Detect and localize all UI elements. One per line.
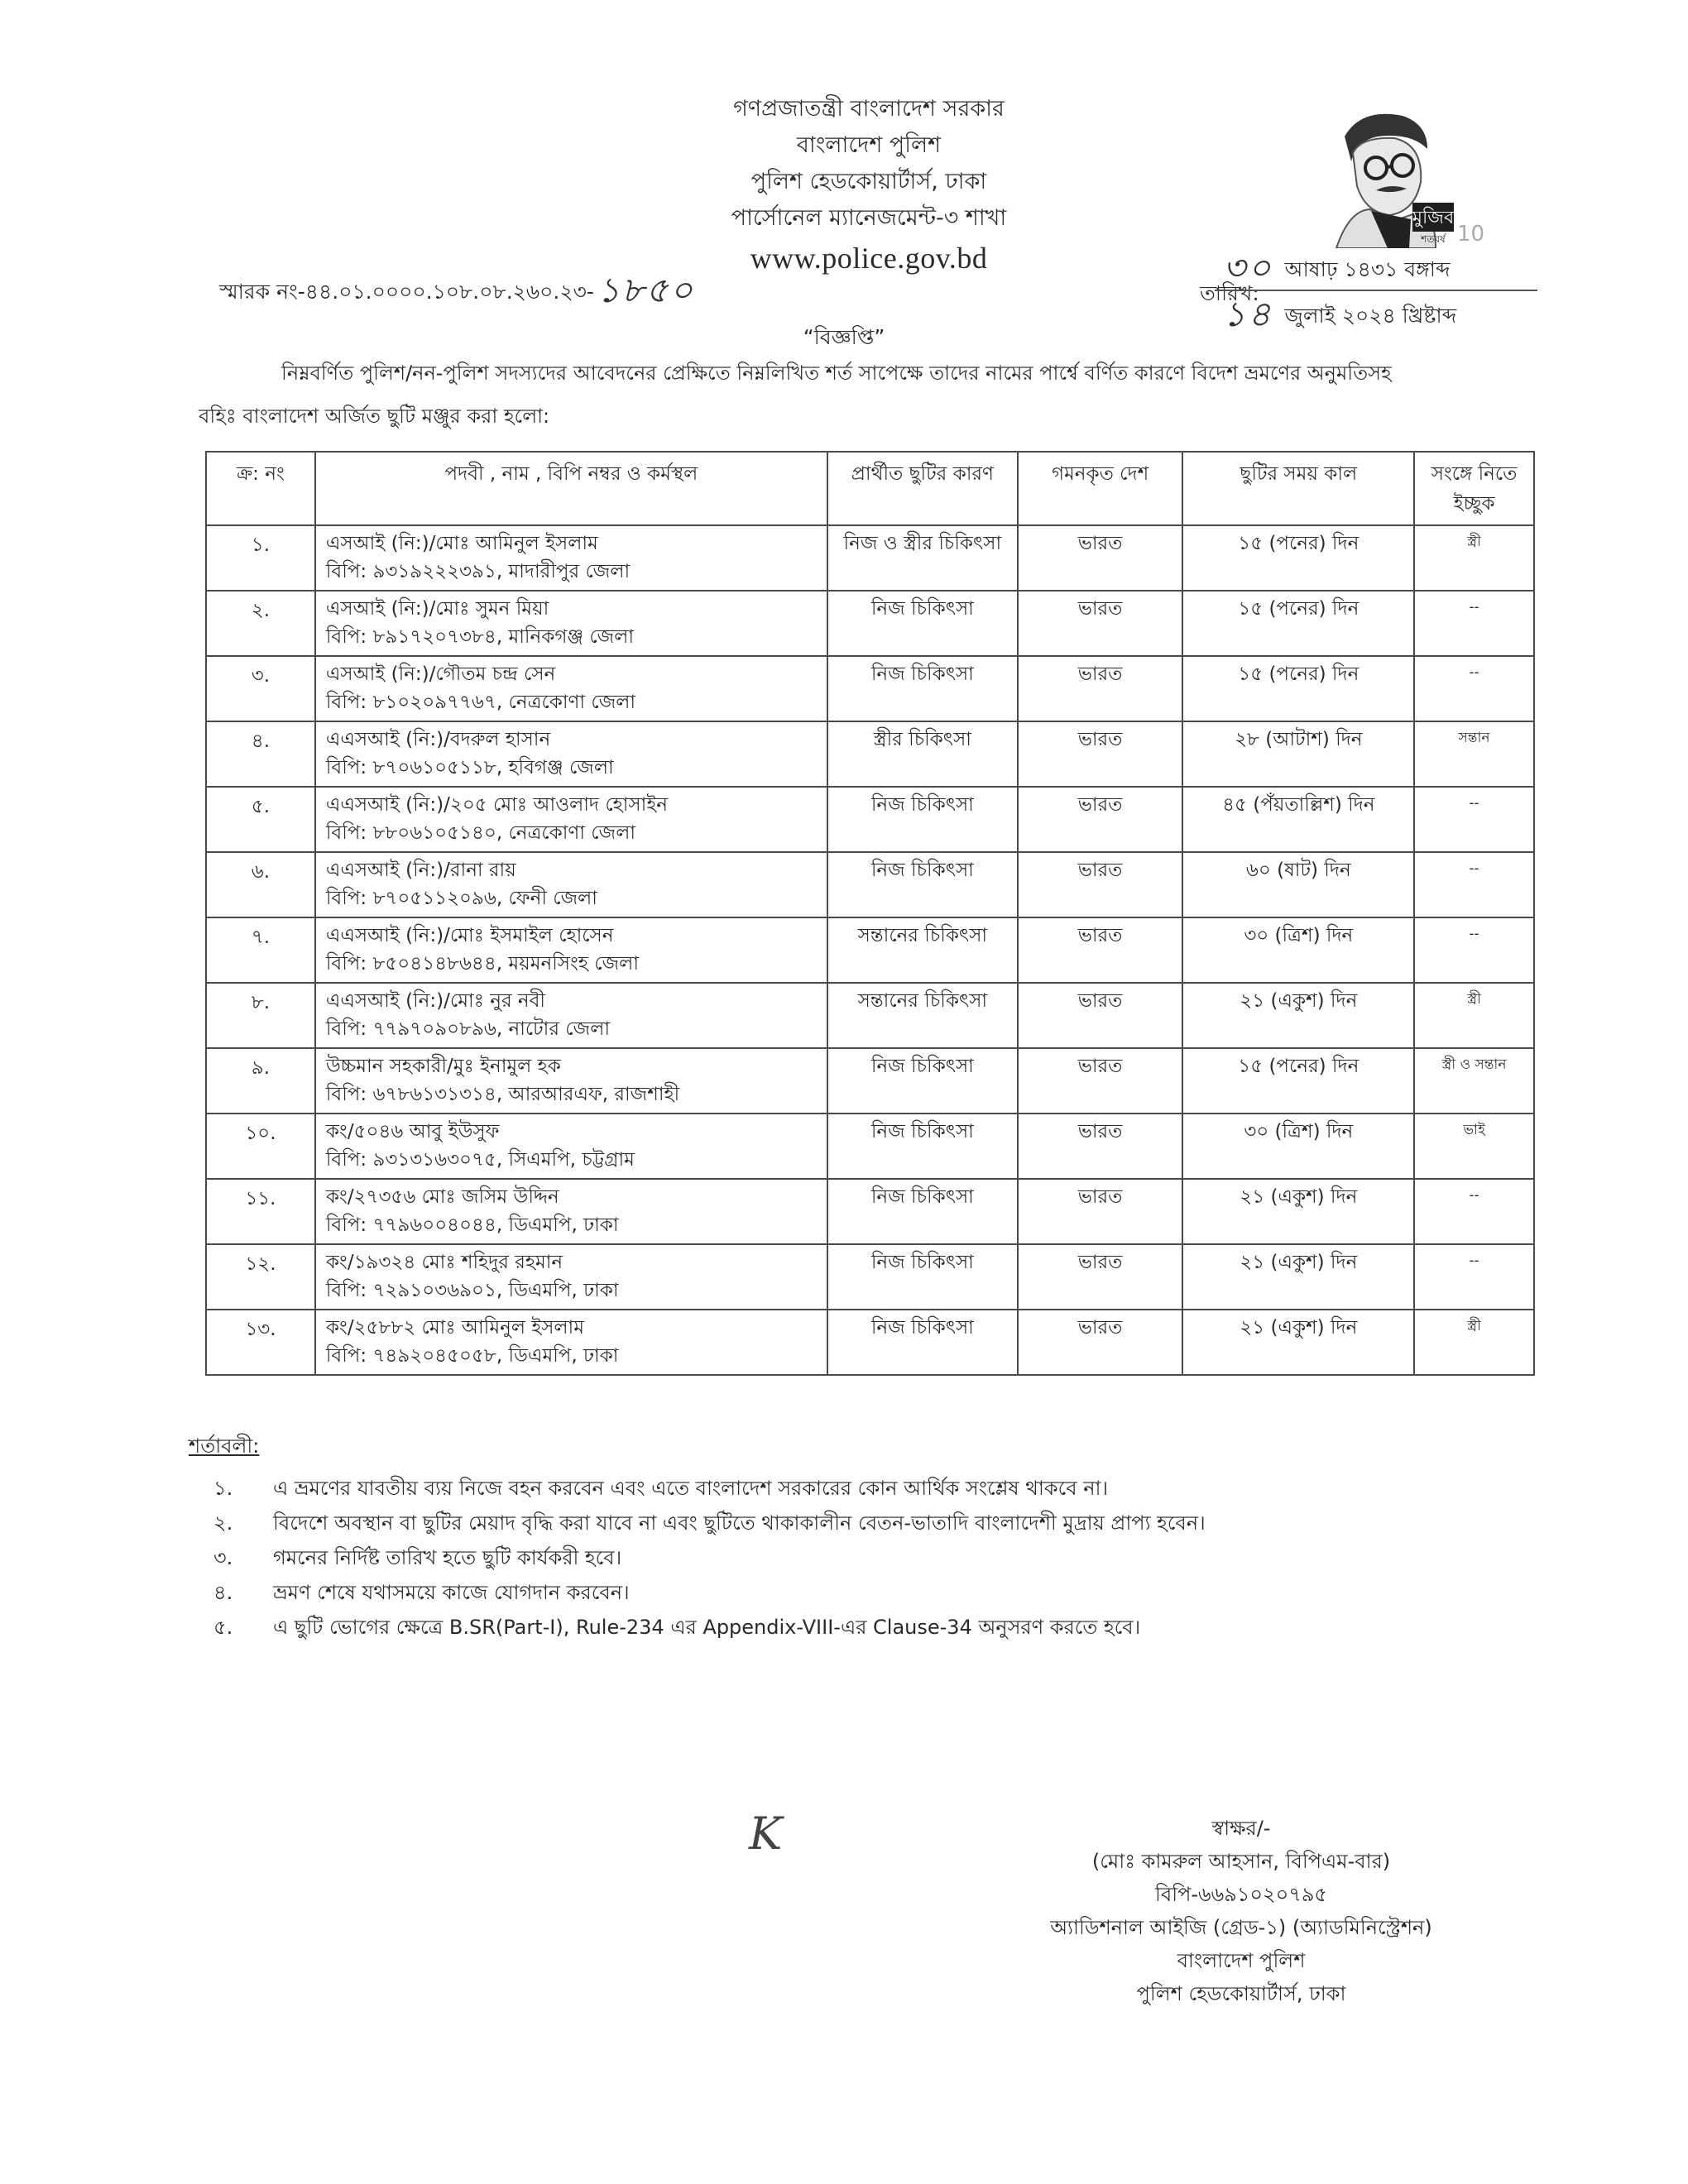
cell-duration: ৬০ (ষাট) দিন: [1182, 852, 1414, 917]
cell-serial: ১২.: [206, 1244, 315, 1310]
signature-block: স্বাক্ষর/- (মোঃ কামরুল আহসান, বিপিএম-বার…: [1026, 1812, 1456, 2010]
leave-approval-table: ক্র: নং পদবী , নাম , বিপি নম্বর ও কর্মস্…: [205, 451, 1535, 1376]
table-row: ২.এসআই (নি:)/মোঃ সুমন মিয়াবিপি: ৮৯১৭২০৭…: [206, 591, 1534, 656]
cell-name-bp: এএসআই (নি:)/মোঃ নুর নবীবিপি: ৭৭৯৭০৯০৮৯৬,…: [315, 983, 827, 1048]
cell-companion: --: [1414, 656, 1534, 721]
cell-name-bp: এসআই (নি:)/গৌতম চন্দ্র সেনবিপি: ৮১০২০৯৭৭…: [315, 656, 827, 721]
cell-duration: ১৫ (পনের) দিন: [1182, 1048, 1414, 1114]
signatory-office: পুলিশ হেডকোয়ার্টার্স, ঢাকা: [1026, 1977, 1456, 2010]
cell-reason: নিজ চিকিৎসা: [827, 1114, 1018, 1179]
cell-country: ভারত: [1018, 1179, 1183, 1244]
condition-number: ৪.: [213, 1575, 273, 1610]
cell-duration: ২১ (একুশ) দিন: [1182, 1244, 1414, 1310]
condition-text: ভ্রমণ শেষে যথাসময়ে কাজে যোগদান করবেন।: [273, 1575, 630, 1610]
cell-duration: ৩০ (ত্রিশ) দিন: [1182, 917, 1414, 983]
cell-serial: ৪.: [206, 721, 315, 787]
header-reason: প্রার্থীত ছুটির কারণ: [827, 452, 1018, 525]
header-line-government: গণপ্রজাতন্ত্রী বাংলাদেশ সরকার: [579, 91, 1158, 127]
handwritten-initial: K: [749, 1808, 782, 1860]
cell-country: ভারত: [1018, 983, 1183, 1048]
notice-intro: নিম্নবর্ণিত পুলিশ/নন-পুলিশ সদস্যদের আবেদ…: [199, 352, 1523, 438]
cell-country: ভারত: [1018, 1310, 1183, 1375]
table-row: ৩.এসআই (নি:)/গৌতম চন্দ্র সেনবিপি: ৮১০২০৯…: [206, 656, 1534, 721]
condition-number: ৩.: [213, 1540, 273, 1575]
person-name: কং/২৫৮৮২ মোঃ আমিনুল ইসলাম: [326, 1314, 826, 1342]
condition-item: ৫.এ ছুটি ভোগের ক্ষেত্রে B.SR(Part-I), Ru…: [213, 1610, 1620, 1645]
table-row: ১২.কং/১৯৩২৪ মোঃ শহিদুর রহমানবিপি: ৭২৯১০৩…: [206, 1244, 1534, 1310]
person-name: এএসআই (নি:)/মোঃ ইসমাইল হোসেন: [326, 922, 826, 950]
header-line-hq: পুলিশ হেডকোয়ার্টার্স, ঢাকা: [579, 164, 1158, 200]
table-row: ৮.এএসআই (নি:)/মোঃ নুর নবীবিপি: ৭৭৯৭০৯০৮৯…: [206, 983, 1534, 1048]
cell-serial: ৮.: [206, 983, 315, 1048]
signatory-organization: বাংলাদেশ পুলিশ: [1026, 1944, 1456, 1977]
table-row: ৯.উচ্চমান সহকারী/মুঃ ইনামুল হকবিপি: ৬৭৮৬…: [206, 1048, 1534, 1114]
memo-label: স্মারক নং-৪৪.০১.০০০০.১০৮.০৮.২৬০.২৩-: [219, 280, 594, 304]
person-bp-workplace: বিপি: ৮১০২০৯৭৭৬৭, নেত্রকোণা জেলা: [326, 688, 826, 716]
cell-country: ভারত: [1018, 656, 1183, 721]
cell-companion: ভাই: [1414, 1114, 1534, 1179]
cell-name-bp: কং/৫০৪৬ আবু ইউসুফবিপি: ৯৩১৩১৬৩০৭৫, সিএমপ…: [315, 1114, 827, 1179]
svg-text:মুজিব: মুজিব: [1412, 207, 1455, 228]
cell-companion: --: [1414, 1244, 1534, 1310]
cell-serial: ১৩.: [206, 1310, 315, 1375]
cell-reason: নিজ চিকিৎসা: [827, 656, 1018, 721]
cell-reason: নিজ চিকিৎসা: [827, 787, 1018, 852]
cell-name-bp: এএসআই (নি:)/রানা রায়বিপি: ৮৭০৫১১২০৯৬, ফ…: [315, 852, 827, 917]
table-row: ১১.কং/২৭৩৫৬ মোঃ জসিম উদ্দিনবিপি: ৭৭৯৬০০৪…: [206, 1179, 1534, 1244]
cell-name-bp: কং/১৯৩২৪ মোঃ শহিদুর রহমানবিপি: ৭২৯১০৩৬৯০…: [315, 1244, 827, 1310]
cell-duration: ১৫ (পনের) দিন: [1182, 591, 1414, 656]
mujib-borsho-logo-icon: মুজিব শতবর্ষ 100: [1312, 103, 1485, 248]
person-bp-workplace: বিপি: ৮৮০৬১০৫১৪০, নেত্রকোণা জেলা: [326, 819, 826, 847]
cell-name-bp: এএসআই (নি:)/বদরুল হাসানবিপি: ৮৭০৬১০৫১১৮,…: [315, 721, 827, 787]
person-bp-workplace: বিপি: ৯৩১৩১৬৩০৭৫, সিএমপি, চট্টগ্রাম: [326, 1146, 826, 1174]
cell-companion: স্ত্রী ও সন্তান: [1414, 1048, 1534, 1114]
header-line-police: বাংলাদেশ পুলিশ: [579, 127, 1158, 164]
cell-duration: ২১ (একুশ) দিন: [1182, 1310, 1414, 1375]
table-row: ১৩.কং/২৫৮৮২ মোঃ আমিনুল ইসলামবিপি: ৭৪৯২০৪…: [206, 1310, 1534, 1375]
condition-item: ৩.গমনের নির্দিষ্ট তারিখ হতে ছুটি কার্যকর…: [213, 1540, 1620, 1575]
person-bp-workplace: বিপি: ৬৭৮৬১৩১৩১৪, আরআরএফ, রাজশাহী: [326, 1080, 826, 1109]
table-row: ১.এসআই (নি:)/মোঃ আমিনুল ইসলামবিপি: ৯৩১৯২…: [206, 525, 1534, 591]
person-name: এসআই (নি:)/মোঃ আমিনুল ইসলাম: [326, 529, 826, 558]
header-companion: সংঙ্গে নিতে ইচ্ছুক: [1414, 452, 1534, 525]
signatory-designation: অ্যাডিশনাল আইজি (গ্রেড-১) (অ্যাডমিনিস্ট্…: [1026, 1911, 1456, 1944]
signature-mark: স্বাক্ষর/-: [1026, 1812, 1456, 1845]
person-name: এএসআই (নি:)/২০৫ মোঃ আওলাদ হোসাইন: [326, 791, 826, 819]
cell-companion: স্ত্রী: [1414, 983, 1534, 1048]
condition-item: ১.এ ভ্রমণের যাবতীয় ব্যয় নিজে বহন করবেন…: [213, 1471, 1620, 1506]
cell-reason: সন্তানের চিকিৎসা: [827, 917, 1018, 983]
cell-duration: ২১ (একুশ) দিন: [1182, 1179, 1414, 1244]
person-name: কং/২৭৩৫৬ মোঃ জসিম উদ্দিন: [326, 1183, 826, 1211]
cell-name-bp: এএসআই (নি:)/মোঃ ইসমাইল হোসেনবিপি: ৮৫০৪১৪…: [315, 917, 827, 983]
condition-item: ৪.ভ্রমণ শেষে যথাসময়ে কাজে যোগদান করবেন।: [213, 1575, 1620, 1610]
person-name: উচ্চমান সহকারী/মুঃ ইনামুল হক: [326, 1052, 826, 1080]
person-bp-workplace: বিপি: ৭২৯১০৩৬৯০১, ডিএমপি, ঢাকা: [326, 1276, 826, 1305]
cell-name-bp: এএসআই (নি:)/২০৫ মোঃ আওলাদ হোসাইনবিপি: ৮৮…: [315, 787, 827, 852]
cell-country: ভারত: [1018, 787, 1183, 852]
date-bangla-text: আষাঢ় ১৪৩১ বঙ্গাব্দ: [1285, 257, 1451, 281]
condition-number: ২.: [213, 1506, 273, 1540]
condition-number: ৫.: [213, 1610, 273, 1645]
cell-reason: স্ত্রীর চিকিৎসা: [827, 721, 1018, 787]
cell-country: ভারত: [1018, 721, 1183, 787]
cell-serial: ৯.: [206, 1048, 315, 1114]
cell-serial: ৫.: [206, 787, 315, 852]
cell-reason: নিজ চিকিৎসা: [827, 1310, 1018, 1375]
cell-companion: স্ত্রী: [1414, 525, 1534, 591]
cell-name-bp: এসআই (নি:)/মোঃ আমিনুল ইসলামবিপি: ৯৩১৯২২২…: [315, 525, 827, 591]
cell-country: ভারত: [1018, 852, 1183, 917]
cell-reason: নিজ চিকিৎসা: [827, 1179, 1018, 1244]
person-name: এএসআই (নি:)/রানা রায়: [326, 856, 826, 884]
intro-line-2: বহিঃ বাংলাদেশ অর্জিত ছুটি মঞ্জুর করা হলো…: [199, 395, 1523, 438]
person-bp-workplace: বিপি: ৮৫০৪১৪৮৬৪৪, ময়মনসিংহ জেলা: [326, 950, 826, 978]
cell-country: ভারত: [1018, 917, 1183, 983]
cell-reason: নিজ চিকিৎসা: [827, 1244, 1018, 1310]
cell-country: ভারত: [1018, 1048, 1183, 1114]
condition-text: গমনের নির্দিষ্ট তারিখ হতে ছুটি কার্যকরী …: [273, 1540, 621, 1575]
cell-companion: --: [1414, 1179, 1534, 1244]
person-bp-workplace: বিপি: ৮৯১৭২০৭৩৮৪, মানিকগঞ্জ জেলা: [326, 623, 826, 651]
signatory-bp: বিপি-৬৬৯১০২০৭৯৫: [1026, 1878, 1456, 1911]
organization-header: গণপ্রজাতন্ত্রী বাংলাদেশ সরকার বাংলাদেশ প…: [579, 91, 1158, 280]
header-country: গমনকৃত দেশ: [1018, 452, 1183, 525]
person-bp-workplace: বিপি: ৭৪৯২০৪৫০৫৮, ডিএমপি, ঢাকা: [326, 1342, 826, 1370]
cell-reason: নিজ চিকিৎসা: [827, 1048, 1018, 1114]
cell-country: ভারত: [1018, 525, 1183, 591]
cell-reason: সন্তানের চিকিৎসা: [827, 983, 1018, 1048]
cell-country: ভারত: [1018, 1244, 1183, 1310]
cell-companion: স্ত্রী: [1414, 1310, 1534, 1375]
cell-name-bp: উচ্চমান সহকারী/মুঃ ইনামুল হকবিপি: ৬৭৮৬১৩…: [315, 1048, 827, 1114]
person-name: এএসআই (নি:)/মোঃ নুর নবী: [326, 987, 826, 1015]
person-name: কং/৫০৪৬ আবু ইউসুফ: [326, 1118, 826, 1146]
person-bp-workplace: বিপি: ৯৩১৯২২২৩৯১, মাদারীপুর জেলা: [326, 558, 826, 586]
cell-serial: ১.: [206, 525, 315, 591]
table-row: ১০.কং/৫০৪৬ আবু ইউসুফবিপি: ৯৩১৩১৬৩০৭৫, সি…: [206, 1114, 1534, 1179]
condition-text: এ ছুটি ভোগের ক্ষেত্রে B.SR(Part-I), Rule…: [273, 1610, 1140, 1645]
date-bangla-day: ৩০: [1223, 247, 1273, 288]
table-row: ৭.এএসআই (নি:)/মোঃ ইসমাইল হোসেনবিপি: ৮৫০৪…: [206, 917, 1534, 983]
table-row: ৬.এএসআই (নি:)/রানা রায়বিপি: ৮৭০৫১১২০৯৬,…: [206, 852, 1534, 917]
cell-duration: ৩০ (ত্রিশ) দিন: [1182, 1114, 1414, 1179]
person-name: কং/১৯৩২৪ মোঃ শহিদুর রহমান: [326, 1248, 826, 1276]
cell-duration: ২৮ (আটাশ) দিন: [1182, 721, 1414, 787]
cell-serial: ৬.: [206, 852, 315, 917]
header-serial: ক্র: নং: [206, 452, 315, 525]
cell-duration: ২১ (একুশ) দিন: [1182, 983, 1414, 1048]
cell-serial: ১০.: [206, 1114, 315, 1179]
cell-country: ভারত: [1018, 591, 1183, 656]
person-bp-workplace: বিপি: ৭৭৯৬০০৪০৪৪, ডিএমপি, ঢাকা: [326, 1211, 826, 1239]
condition-text: বিদেশে অবস্থান বা ছুটির মেয়াদ বৃদ্ধি কর…: [273, 1506, 1206, 1540]
header-duration: ছুটির সময় কাল: [1182, 452, 1414, 525]
cell-companion: --: [1414, 917, 1534, 983]
cell-reason: নিজ চিকিৎসা: [827, 852, 1018, 917]
memo-handwritten-number: ১৮৫০: [597, 270, 694, 310]
cell-serial: ৩.: [206, 656, 315, 721]
person-bp-workplace: বিপি: ৭৭৯৭০৯০৮৯৬, নাটোর জেলা: [326, 1015, 826, 1043]
cell-duration: ১৫ (পনের) দিন: [1182, 525, 1414, 591]
cell-name-bp: কং/২৫৮৮২ মোঃ আমিনুল ইসলামবিপি: ৭৪৯২০৪৫০৫…: [315, 1310, 827, 1375]
cell-reason: নিজ চিকিৎসা: [827, 591, 1018, 656]
svg-text:শতবর্ষ: শতবর্ষ: [1420, 233, 1447, 245]
header-line-branch: পার্সোনেল ম্যানেজমেন্ট-৩ শাখা: [579, 200, 1158, 237]
cell-serial: ১১.: [206, 1179, 315, 1244]
condition-text: এ ভ্রমণের যাবতীয় ব্যয় নিজে বহন করবেন এ…: [273, 1471, 1108, 1506]
header-name-designation: পদবী , নাম , বিপি নম্বর ও কর্মস্থল: [315, 452, 827, 525]
cell-duration: ১৫ (পনের) দিন: [1182, 656, 1414, 721]
person-name: এএসআই (নি:)/বদরুল হাসান: [326, 726, 826, 754]
signatory-name: (মোঃ কামরুল আহসান, বিপিএম-বার): [1026, 1845, 1456, 1878]
conditions-title: শর্তাবলী:: [189, 1431, 259, 1464]
cell-country: ভারত: [1018, 1114, 1183, 1179]
table-row: ৪.এএসআই (নি:)/বদরুল হাসানবিপি: ৮৭০৬১০৫১১…: [206, 721, 1534, 787]
cell-companion: --: [1414, 852, 1534, 917]
memo-number: স্মারক নং-৪৪.০১.০০০০.১০৮.০৮.২৬০.২৩-১৮৫০: [219, 263, 694, 322]
person-bp-workplace: বিপি: ৮৭০৫১১২০৯৬, ফেনী জেলা: [326, 884, 826, 912]
table-row: ৫.এএসআই (নি:)/২০৫ মোঃ আওলাদ হোসাইনবিপি: …: [206, 787, 1534, 852]
cell-companion: --: [1414, 591, 1534, 656]
cell-reason: নিজ ও স্ত্রীর চিকিৎসা: [827, 525, 1018, 591]
table-header-row: ক্র: নং পদবী , নাম , বিপি নম্বর ও কর্মস্…: [206, 452, 1534, 525]
cell-name-bp: কং/২৭৩৫৬ মোঃ জসিম উদ্দিনবিপি: ৭৭৯৬০০৪০৪৪…: [315, 1179, 827, 1244]
intro-line-1: নিম্নবর্ণিত পুলিশ/নন-পুলিশ সদস্যদের আবেদ…: [199, 352, 1523, 395]
person-name: এসআই (নি:)/মোঃ সুমন মিয়া: [326, 595, 826, 623]
cell-duration: ৪৫ (পঁয়তাল্লিশ) দিন: [1182, 787, 1414, 852]
date-divider: [1215, 290, 1537, 291]
cell-serial: ২.: [206, 591, 315, 656]
person-name: এসআই (নি:)/গৌতম চন্দ্র সেন: [326, 660, 826, 688]
condition-number: ১.: [213, 1471, 273, 1506]
cell-companion: সন্তান: [1414, 721, 1534, 787]
condition-item: ২.বিদেশে অবস্থান বা ছুটির মেয়াদ বৃদ্ধি …: [213, 1506, 1620, 1540]
conditions-list: ১.এ ভ্রমণের যাবতীয় ব্যয় নিজে বহন করবেন…: [213, 1471, 1620, 1645]
person-bp-workplace: বিপি: ৮৭০৬১০৫১১৮, হবিগঞ্জ জেলা: [326, 754, 826, 782]
table-body: ১.এসআই (নি:)/মোঃ আমিনুল ইসলামবিপি: ৯৩১৯২…: [206, 525, 1534, 1375]
date-bangla: ৩০আষাঢ় ১৪৩১ বঙ্গাব্দ: [1173, 247, 1537, 290]
cell-name-bp: এসআই (নি:)/মোঃ সুমন মিয়াবিপি: ৮৯১৭২০৭৩৮…: [315, 591, 827, 656]
svg-text:100: 100: [1457, 222, 1485, 247]
cell-serial: ৭.: [206, 917, 315, 983]
cell-companion: --: [1414, 787, 1534, 852]
